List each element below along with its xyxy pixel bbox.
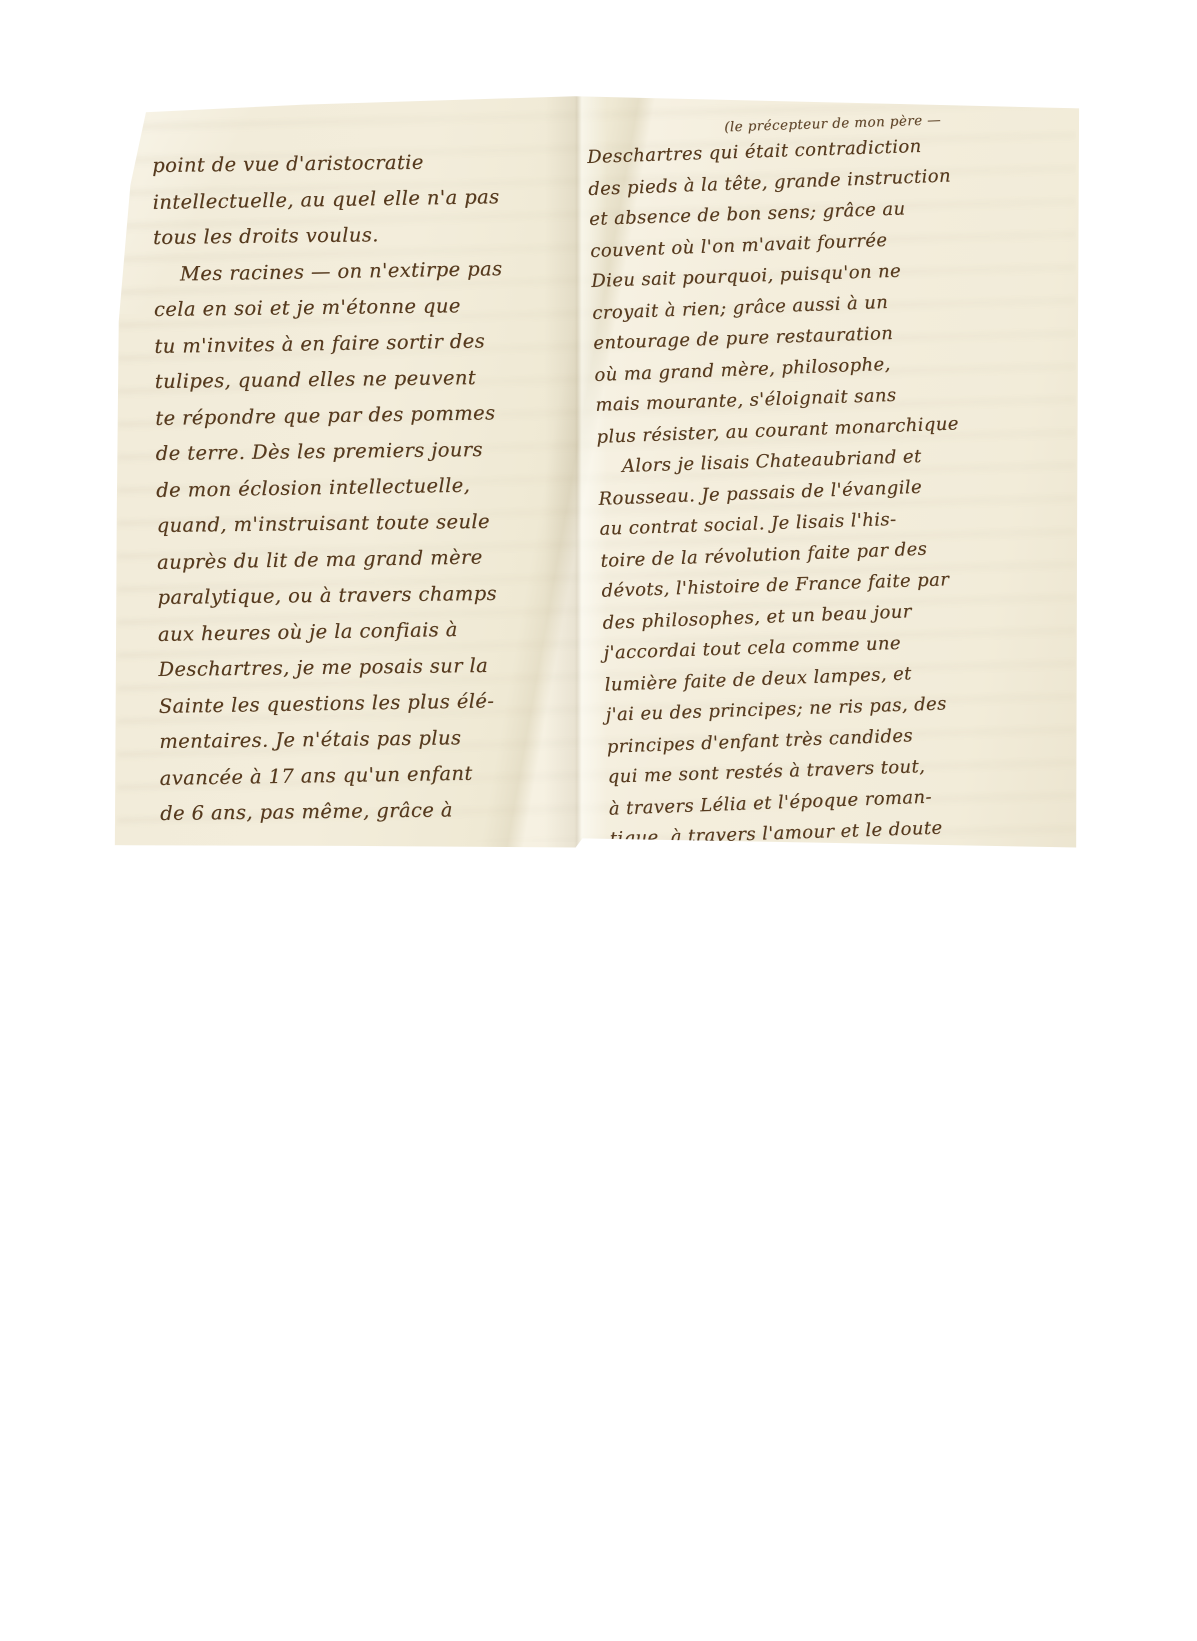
manuscript-line: tu m'invites à en faire sortir des	[154, 322, 580, 365]
manuscript-line: tous les droits voulus.	[153, 215, 578, 256]
manuscript-line: mentaires. Je n'étais pas plus	[159, 719, 584, 760]
scan-background: point de vue d'aristocratieintellectuell…	[0, 0, 1197, 1641]
manuscript-line: Deschartres, je me posais sur la	[158, 647, 583, 688]
right-page-lines: Deschartres qui était contradictiondes p…	[587, 126, 1106, 855]
manuscript-line: Mes racines — on n'extirpe pas	[153, 250, 579, 293]
manuscript-line: quand, m'instruisant toute seule	[156, 503, 581, 544]
manuscript-line: te répondre que par des pommes	[155, 394, 581, 437]
left-page: point de vue d'aristocratieintellectuell…	[152, 143, 585, 832]
manuscript-line: aux heures où je la confiais à	[158, 610, 584, 653]
manuscript-line: cela en soi et je m'étonne que	[154, 287, 579, 328]
manuscript-line: auprès du lit de ma grand mère	[157, 538, 583, 581]
manuscript-line: de 6 ans, pas même, grâce à	[160, 791, 585, 832]
manuscript-line: point de vue d'aristocratie	[152, 143, 577, 184]
manuscript-line: tulipes, quand elles ne peuvent	[155, 359, 580, 400]
manuscript-sheet: point de vue d'aristocratieintellectuell…	[110, 94, 1082, 852]
manuscript-line: Sainte les questions les plus élé-	[159, 682, 585, 725]
manuscript-line: intellectuelle, au quel elle n'a pas	[152, 178, 578, 221]
manuscript-line: de mon éclosion intellectuelle,	[156, 466, 582, 509]
right-page: (le précepteur de mon père — Deschartres…	[586, 106, 1106, 855]
manuscript-line: paralytique, ou à travers champs	[157, 575, 582, 616]
manuscript-line: de terre. Dès les premiers jours	[156, 431, 581, 472]
manuscript-line: avancée à 17 ans qu'un enfant	[159, 754, 585, 797]
